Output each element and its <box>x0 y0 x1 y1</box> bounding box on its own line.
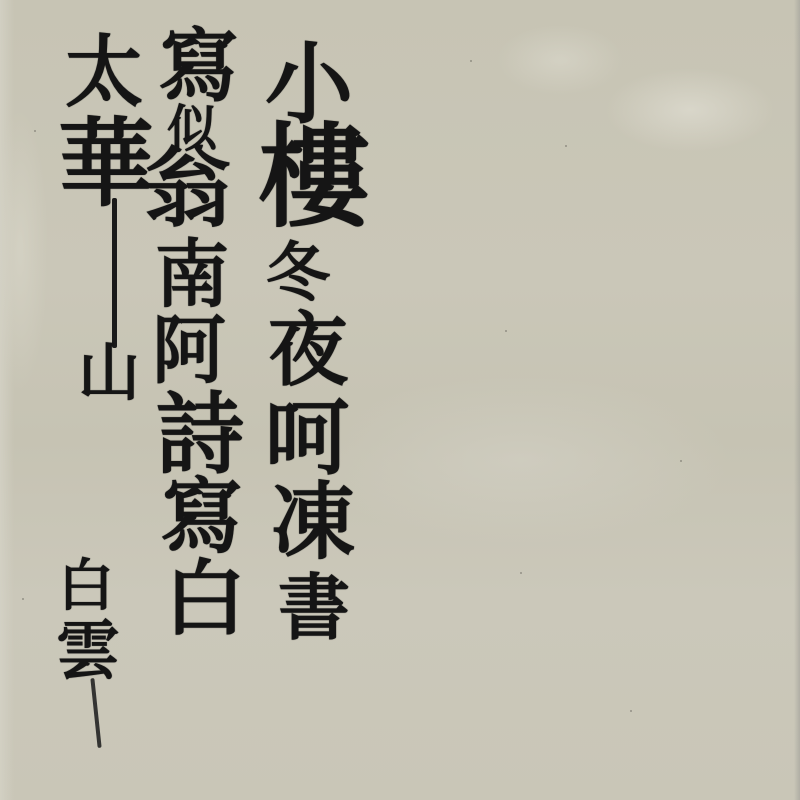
paper-speck <box>680 460 682 462</box>
glyph: 白 <box>164 558 246 640</box>
glyph: 阿 <box>152 314 226 388</box>
glyph: 山 <box>78 342 140 404</box>
calligraphy-scroll: 小 樓 冬 夜 呵 凍 書 寫 似 翁 南 阿 詩 寫 白 太 華 山 白 雲 <box>0 0 800 800</box>
glyph: 白 <box>58 558 114 614</box>
glyph: 翁 <box>145 146 231 232</box>
signature-column: 白 雲 <box>32 558 120 748</box>
glyph: 太 <box>65 34 143 112</box>
inscription-column: 太 華 山 <box>14 34 154 404</box>
glyph: 華 <box>58 116 154 212</box>
glyph: 寫 <box>159 26 239 106</box>
glyph: 詩 <box>156 390 244 478</box>
paper-speck <box>565 145 567 147</box>
glyph: 書 <box>278 572 350 644</box>
glyph: 呵 <box>265 396 349 480</box>
paper-speck <box>505 330 507 332</box>
scroll-left-edge <box>0 0 14 800</box>
glyph: 南 <box>155 238 229 312</box>
paper-speck <box>470 60 472 62</box>
paper-speck <box>630 710 632 712</box>
text-column-1: 小 樓 冬 夜 呵 凍 書 <box>228 40 370 644</box>
elongated-brush-stroke <box>112 198 117 348</box>
glyph: 雲 <box>56 620 120 684</box>
glyph: 冬 <box>266 242 330 306</box>
paper-speck <box>22 598 24 600</box>
paper-speck <box>520 572 522 574</box>
glyph: 樓 <box>258 122 370 234</box>
scroll-right-edge <box>794 0 800 800</box>
glyph: 凍 <box>271 480 355 564</box>
paper-speck <box>34 130 36 132</box>
glyph: 夜 <box>268 310 348 390</box>
glyph: 寫 <box>161 476 243 558</box>
